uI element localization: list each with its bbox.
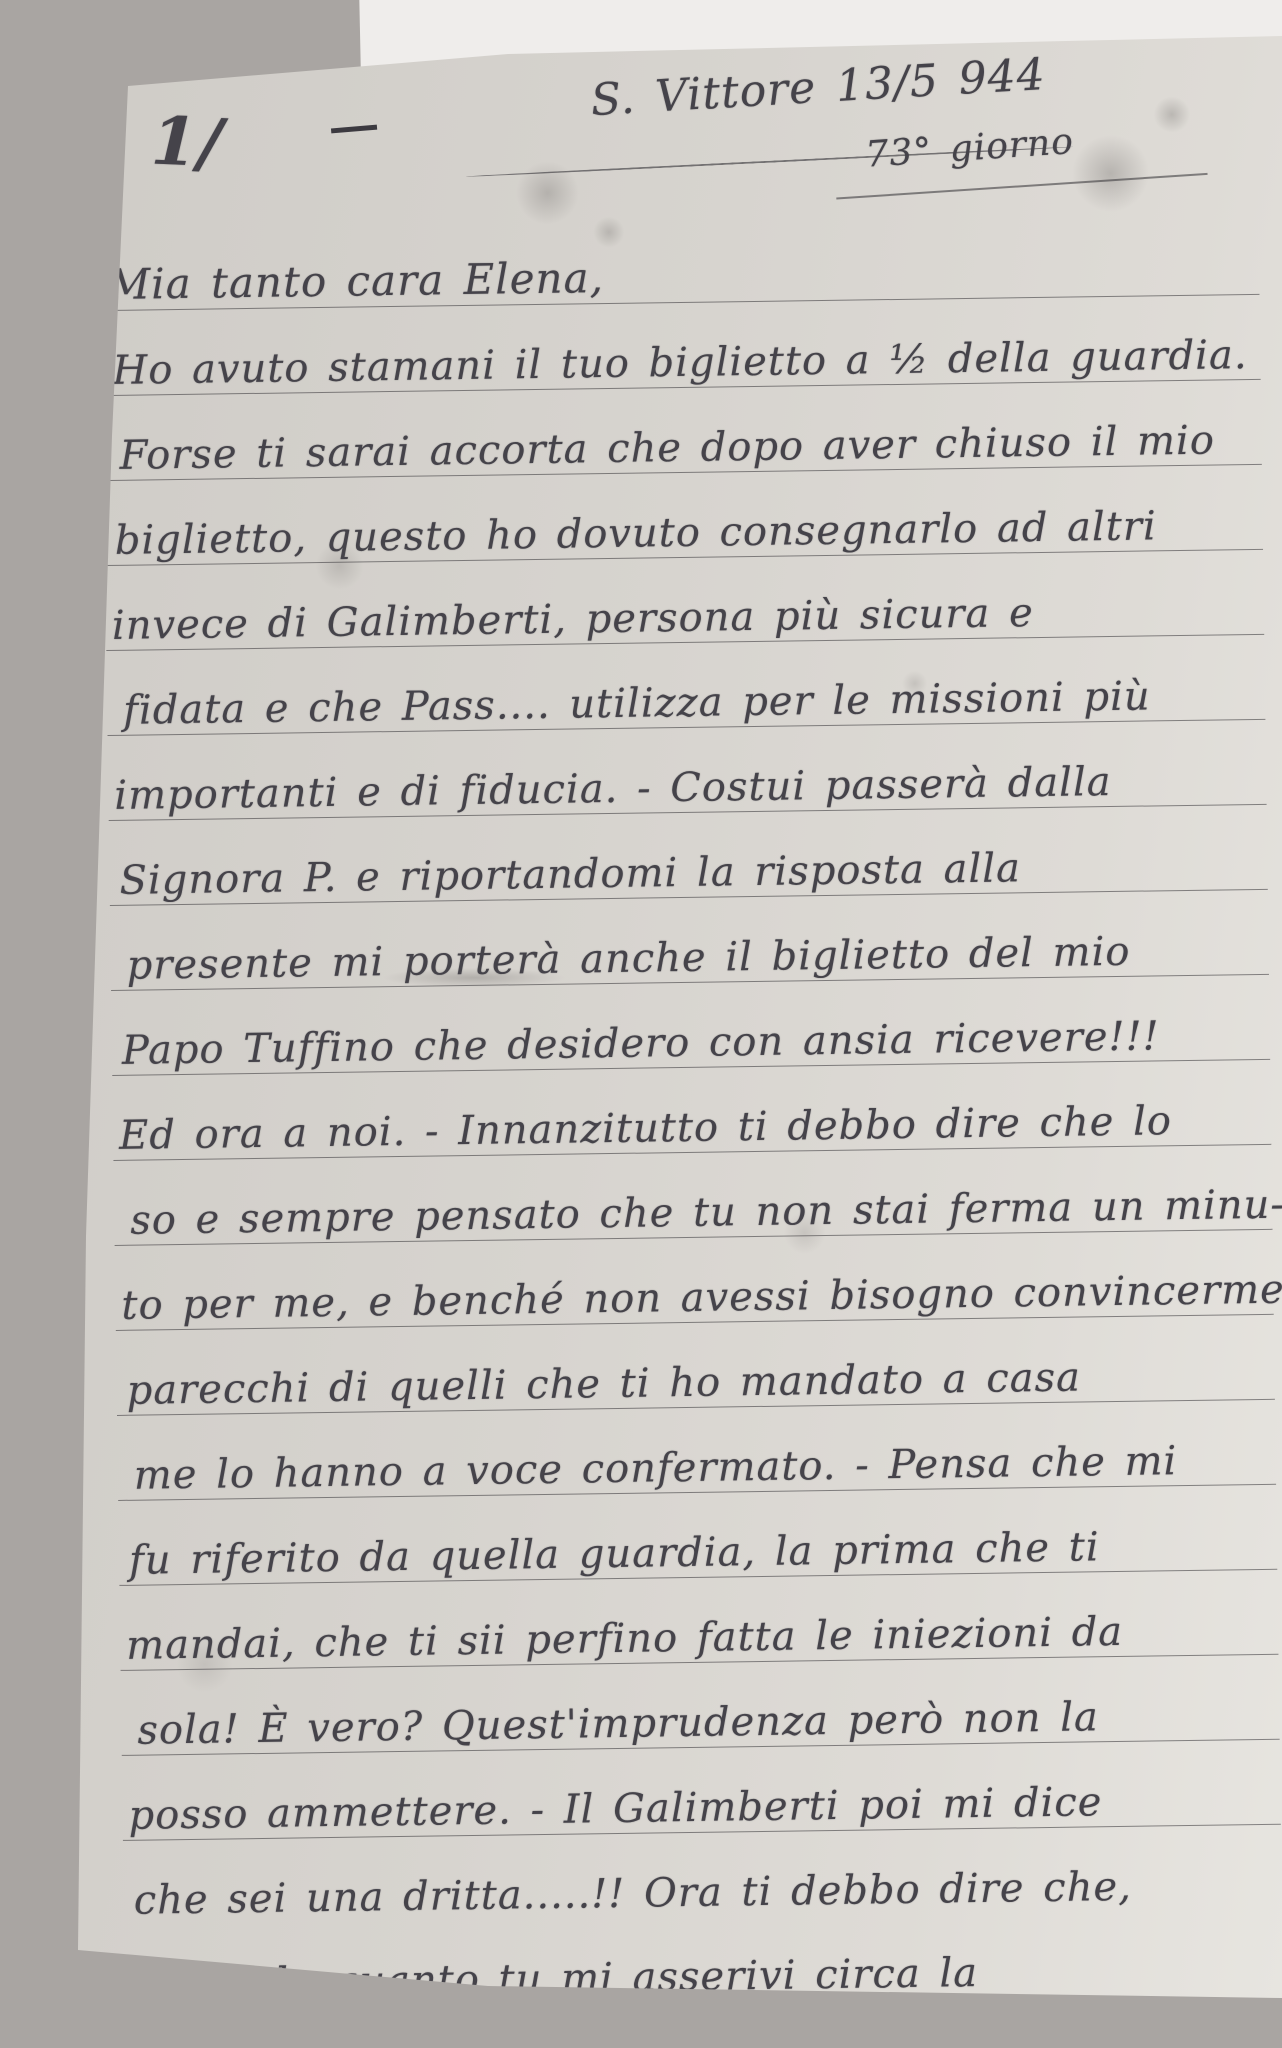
letter-line: so e sempre pensato che tu non stai ferm… <box>113 1145 1272 1246</box>
letter-line: invece di Galimberti, persona più sicura… <box>105 550 1264 651</box>
letter-line: presente mi porterà anche il biglietto d… <box>110 890 1269 991</box>
day-count: 73° giorno <box>864 121 1075 176</box>
salutation-text: Mia tanto cara Elena, <box>107 253 604 309</box>
letter-line: parecchi di quelli che ti ho mandato a c… <box>116 1315 1275 1416</box>
dash-mark <box>331 125 377 134</box>
letter-lines: Mia tanto cara Elena, Ho avuto stamani i… <box>100 210 1282 2009</box>
letter-line: importanti e di fiducia. - Costui passer… <box>108 720 1267 821</box>
letter-line: Ed ora a noi. - Innanzitutto ti debbo di… <box>112 1060 1271 1161</box>
day-count-underline <box>836 173 1207 200</box>
page-number-marker: 1/ <box>150 101 225 182</box>
letter-line: fu riferito da quella guardia, la prima … <box>118 1485 1277 1586</box>
letter-line: fidata e che Pass.... utilizza per le mi… <box>106 635 1265 736</box>
salutation-line: Mia tanto cara Elena, <box>100 210 1259 311</box>
letter-paper: 1/ S. Vittore 13/5 944 73° giorno Mia ta… <box>58 36 1282 1998</box>
letter-line: to per me, e benché non avessi bisogno c… <box>115 1230 1274 1331</box>
place-date: S. Vittore 13/5 944 <box>589 49 1046 126</box>
letter-line: che sei una dritta.....!! Ora ti debbo d… <box>123 1825 1282 1925</box>
letter-line: biglietto, questo ho dovuto consegnarlo … <box>104 465 1263 566</box>
letter-line: Forse ti sarai accorta che dopo aver chi… <box>103 380 1262 481</box>
letter-line: me lo hanno a voce confermato. - Pensa c… <box>117 1400 1276 1501</box>
letter-line-text: secondo quanto tu mi asserivi circa la <box>141 1950 979 2008</box>
letter-line: posso ammettere. - Il Galimberti poi mi … <box>122 1740 1281 1841</box>
letter-photo: 1/ S. Vittore 13/5 944 73° giorno Mia ta… <box>0 0 1282 2048</box>
letter-line: sola! È vero? Quest'imprudenza però non … <box>121 1655 1280 1756</box>
letter-line: mandai, che ti sii perfino fatta le inie… <box>119 1570 1278 1671</box>
letter-line: Signora P. e riportandomi la risposta al… <box>109 805 1268 906</box>
letter-content: 1/ S. Vittore 13/5 944 73° giorno Mia ta… <box>92 42 1282 1986</box>
letter-line: Papo Tuffino che desidero con ansia rice… <box>111 975 1270 1076</box>
letter-line: Ho avuto stamani il tuo biglietto a ½ de… <box>102 295 1261 396</box>
letter-line: secondo quanto tu mi asserivi circa la <box>124 1909 1282 2009</box>
